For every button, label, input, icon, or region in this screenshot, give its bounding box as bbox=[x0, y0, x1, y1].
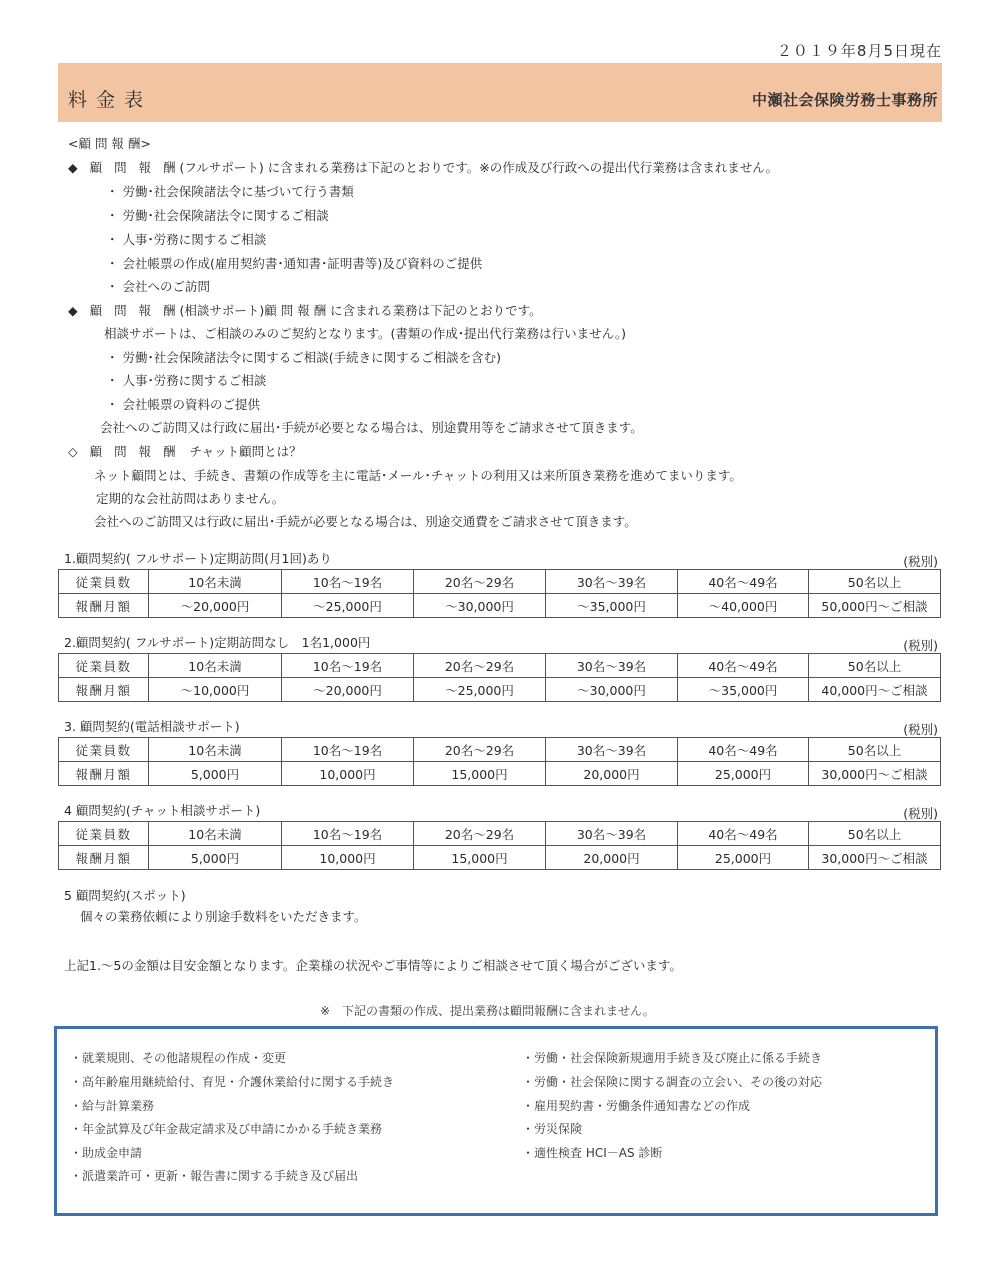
table-cell: ～10,000円 bbox=[149, 678, 282, 702]
table-row: 従業員数 10名未満 10名～19名 20名～29名 30名～39名 40名～4… bbox=[59, 570, 941, 594]
table-cell: 30名～39名 bbox=[546, 738, 678, 762]
table-cell: 20,000円 bbox=[546, 762, 678, 786]
excluded-item: ・高年齢雇用継続給付、育児・介護休業給付に関する手続き bbox=[70, 1073, 394, 1090]
excluded-item: ・適性検査 HCI－AS 診断 bbox=[522, 1144, 662, 1161]
page-title: 料金表 bbox=[68, 85, 152, 112]
table-cell: ～30,000円 bbox=[414, 594, 546, 618]
table-1-title: 1.顧問契約( フルサポート)定期訪問(月1回)あり bbox=[64, 549, 332, 567]
table-cell: 10名～19名 bbox=[282, 570, 414, 594]
table-cell: ～25,000円 bbox=[414, 678, 546, 702]
table-2-tax-note: (税別) bbox=[903, 636, 938, 654]
table-cell: 10名未満 bbox=[149, 654, 282, 678]
table-cell: 10,000円 bbox=[282, 846, 414, 870]
excluded-item: ・給与計算業務 bbox=[70, 1097, 154, 1114]
chat-support-heading: ◇ 顧 問 報 酬 チャット顧問とは？ bbox=[68, 444, 302, 460]
organization-name: 中瀬社会保険労務士事務所 bbox=[752, 89, 938, 110]
consult-support-heading-text: (相談サポート)顧 問 報 酬 に含まれる業務は下記のとおりです。 bbox=[180, 303, 542, 318]
table-cell: 40,000円～ご相談 bbox=[809, 678, 941, 702]
table-3-title: 3. 顧問契約(電話相談サポート) bbox=[64, 717, 240, 735]
table-row: 従業員数 10名未満 10名～19名 20名～29名 30名～39名 40名～4… bbox=[59, 822, 941, 846]
fee-table-4: 従業員数 10名未満 10名～19名 20名～29名 30名～39名 40名～4… bbox=[58, 821, 941, 870]
table-cell: ～20,000円 bbox=[282, 678, 414, 702]
table-cell: 10名未満 bbox=[149, 822, 282, 846]
excluded-item: ・助成金申請 bbox=[70, 1144, 142, 1161]
table-cell: 50名以上 bbox=[809, 738, 941, 762]
spot-title: 5 顧問契約(スポット) bbox=[64, 886, 186, 904]
excluded-item: ・派遣業許可・更新・報告書に関する手続き及び届出 bbox=[70, 1167, 358, 1184]
table-cell: 40名～49名 bbox=[678, 570, 809, 594]
row-header: 報酬月額 bbox=[59, 762, 149, 786]
table-cell: 50名以上 bbox=[809, 654, 941, 678]
excluded-item: ・就業規則、その他諸規程の作成・変更 bbox=[70, 1049, 286, 1066]
list-item: ・ 人事･労務に関するご相談 bbox=[106, 232, 266, 248]
table-row: 報酬月額 ～20,000円 ～25,000円 ～30,000円 ～35,000円… bbox=[59, 594, 941, 618]
table-3-tax-note: (税別) bbox=[903, 720, 938, 738]
disclaimer: 上記1.～5の金額は目安金額となります。企業様の状況やご事情等によりご相談させて… bbox=[64, 958, 682, 974]
table-cell: 20名～29名 bbox=[414, 570, 546, 594]
list-item: ・ 労働･社会保険諸法令に関するご相談 bbox=[106, 208, 329, 224]
row-header: 従業員数 bbox=[59, 822, 149, 846]
table-cell: 10名未満 bbox=[149, 738, 282, 762]
excluded-item: ・雇用契約書・労働条件通知書などの作成 bbox=[522, 1097, 750, 1114]
table-cell: 10名～19名 bbox=[282, 738, 414, 762]
as-of-date: ２０１９年8月5日現在 bbox=[777, 40, 942, 61]
chat-support-line: 定期的な会社訪問はありません。 bbox=[96, 491, 284, 507]
table-row: 従業員数 10名未満 10名～19名 20名～29名 30名～39名 40名～4… bbox=[59, 738, 941, 762]
table-cell: 25,000円 bbox=[678, 846, 809, 870]
list-item: ・ 会社帳票の作成(雇用契約書･通知書･証明書等)及び資料のご提供 bbox=[106, 256, 482, 272]
diamond-filled-icon: ◆ bbox=[68, 160, 78, 175]
table-cell: 40名～49名 bbox=[678, 822, 809, 846]
excluded-note: ※ 下記の書類の作成、提出業務は顧問報酬に含まれません。 bbox=[320, 1003, 655, 1019]
table-cell: 15,000円 bbox=[414, 846, 546, 870]
table-2-title: 2.顧問契約( フルサポート)定期訪問なし 1名1,000円 bbox=[64, 633, 370, 651]
table-cell: ～20,000円 bbox=[149, 594, 282, 618]
excluded-item: ・労災保険 bbox=[522, 1120, 582, 1137]
table-cell: ～35,000円 bbox=[546, 594, 678, 618]
table-cell: 40名～49名 bbox=[678, 654, 809, 678]
full-support-heading-text: (フルサポート) に含まれる業務は下記のとおりです。※の作成及び行政への提出代行… bbox=[180, 160, 778, 175]
diamond-filled-icon: ◆ bbox=[68, 303, 78, 318]
list-item: ・ 会社へのご訪問 bbox=[106, 279, 210, 295]
table-cell: 10,000円 bbox=[282, 762, 414, 786]
table-cell: ～30,000円 bbox=[546, 678, 678, 702]
row-header: 報酬月額 bbox=[59, 678, 149, 702]
table-cell: 50名以上 bbox=[809, 570, 941, 594]
list-item: ・ 会社帳票の資料のご提供 bbox=[106, 397, 260, 413]
table-cell: 25,000円 bbox=[678, 762, 809, 786]
excluded-item: ・労働・社会保険に関する調査の立会い、その後の対応 bbox=[522, 1073, 822, 1090]
table-cell: 5,000円 bbox=[149, 762, 282, 786]
spot-text: 個々の業務依頼により別途手数料をいただきます。 bbox=[80, 909, 367, 925]
table-cell: ～40,000円 bbox=[678, 594, 809, 618]
table-cell: 10名～19名 bbox=[282, 822, 414, 846]
consult-support-footer: 会社へのご訪問又は行政に届出･手続が必要となる場合は、別途費用等をご請求させて頂… bbox=[100, 420, 643, 436]
table-row: 報酬月額 5,000円 10,000円 15,000円 20,000円 25,0… bbox=[59, 846, 941, 870]
table-cell: 30名～39名 bbox=[546, 654, 678, 678]
table-cell: 10名未満 bbox=[149, 570, 282, 594]
list-item: ・ 労働･社会保険諸法令に基づいて行う書類 bbox=[106, 184, 354, 200]
table-cell: 10名～19名 bbox=[282, 654, 414, 678]
row-header: 報酬月額 bbox=[59, 594, 149, 618]
table-cell: 20名～29名 bbox=[414, 738, 546, 762]
table-cell: 30名～39名 bbox=[546, 570, 678, 594]
row-header: 従業員数 bbox=[59, 738, 149, 762]
list-item: ・ 人事･労務に関するご相談 bbox=[106, 373, 266, 389]
full-support-heading-label: 顧 問 報 酬 bbox=[90, 160, 180, 175]
list-item: ・ 労働･社会保険諸法令に関するご相談(手続きに関するご相談を含む) bbox=[106, 350, 501, 366]
chat-support-line: ネット顧問とは、手続き、書類の作成等を主に電話･メール･チャットの利用又は来所頂… bbox=[94, 468, 742, 484]
chat-support-heading-text: チャット顧問とは？ bbox=[190, 444, 302, 459]
table-cell: 30,000円～ご相談 bbox=[809, 762, 941, 786]
table-1-tax-note: (税別) bbox=[903, 552, 938, 570]
table-row: 報酬月額 5,000円 10,000円 15,000円 20,000円 25,0… bbox=[59, 762, 941, 786]
row-header: 従業員数 bbox=[59, 570, 149, 594]
table-cell: 20,000円 bbox=[546, 846, 678, 870]
consult-support-heading-label: 顧 問 報 酬 bbox=[90, 303, 180, 318]
table-cell: ～25,000円 bbox=[282, 594, 414, 618]
table-row: 報酬月額 ～10,000円 ～20,000円 ～25,000円 ～30,000円… bbox=[59, 678, 941, 702]
table-cell: 30名～39名 bbox=[546, 822, 678, 846]
table-cell: 15,000円 bbox=[414, 762, 546, 786]
diamond-outline-icon: ◇ bbox=[68, 444, 78, 459]
table-cell: 20名～29名 bbox=[414, 654, 546, 678]
table-cell: 50,000円～ご相談 bbox=[809, 594, 941, 618]
fee-table-1: 従業員数 10名未満 10名～19名 20名～29名 30名～39名 40名～4… bbox=[58, 569, 941, 618]
table-cell: 5,000円 bbox=[149, 846, 282, 870]
table-4-title: 4 顧問契約(チャット相談サポート) bbox=[64, 801, 260, 819]
excluded-item: ・年金試算及び年金裁定請求及び申請にかかる手続き業務 bbox=[70, 1120, 382, 1137]
table-4-tax-note: (税別) bbox=[903, 804, 938, 822]
consult-support-heading: ◆ 顧 問 報 酬(相談サポート)顧 問 報 酬 に含まれる業務は下記のとおりで… bbox=[68, 303, 542, 319]
consult-support-note: 相談サポートは、ご相談のみのご契約となります。(書類の作成･提出代行業務は行いま… bbox=[104, 326, 626, 342]
table-cell: 50名以上 bbox=[809, 822, 941, 846]
row-header: 従業員数 bbox=[59, 654, 149, 678]
table-row: 従業員数 10名未満 10名～19名 20名～29名 30名～39名 40名～4… bbox=[59, 654, 941, 678]
fee-table-3: 従業員数 10名未満 10名～19名 20名～29名 30名～39名 40名～4… bbox=[58, 737, 941, 786]
full-support-heading: ◆ 顧 問 報 酬(フルサポート) に含まれる業務は下記のとおりです。※の作成及… bbox=[68, 160, 778, 176]
section-label-advisory-fee: <顧 問 報 酬> bbox=[68, 136, 151, 152]
chat-support-heading-label: 顧 問 報 酬 bbox=[90, 444, 180, 459]
excluded-item: ・労働・社会保険新規適用手続き及び廃止に係る手続き bbox=[522, 1049, 822, 1066]
table-cell: 40名～49名 bbox=[678, 738, 809, 762]
table-cell: 20名～29名 bbox=[414, 822, 546, 846]
fee-table-2: 従業員数 10名未満 10名～19名 20名～29名 30名～39名 40名～4… bbox=[58, 653, 941, 702]
row-header: 報酬月額 bbox=[59, 846, 149, 870]
table-cell: 30,000円～ご相談 bbox=[809, 846, 941, 870]
chat-support-line: 会社へのご訪問又は行政に届出･手続が必要となる場合は、別途交通費をご請求させて頂… bbox=[94, 514, 637, 530]
table-cell: ～35,000円 bbox=[678, 678, 809, 702]
